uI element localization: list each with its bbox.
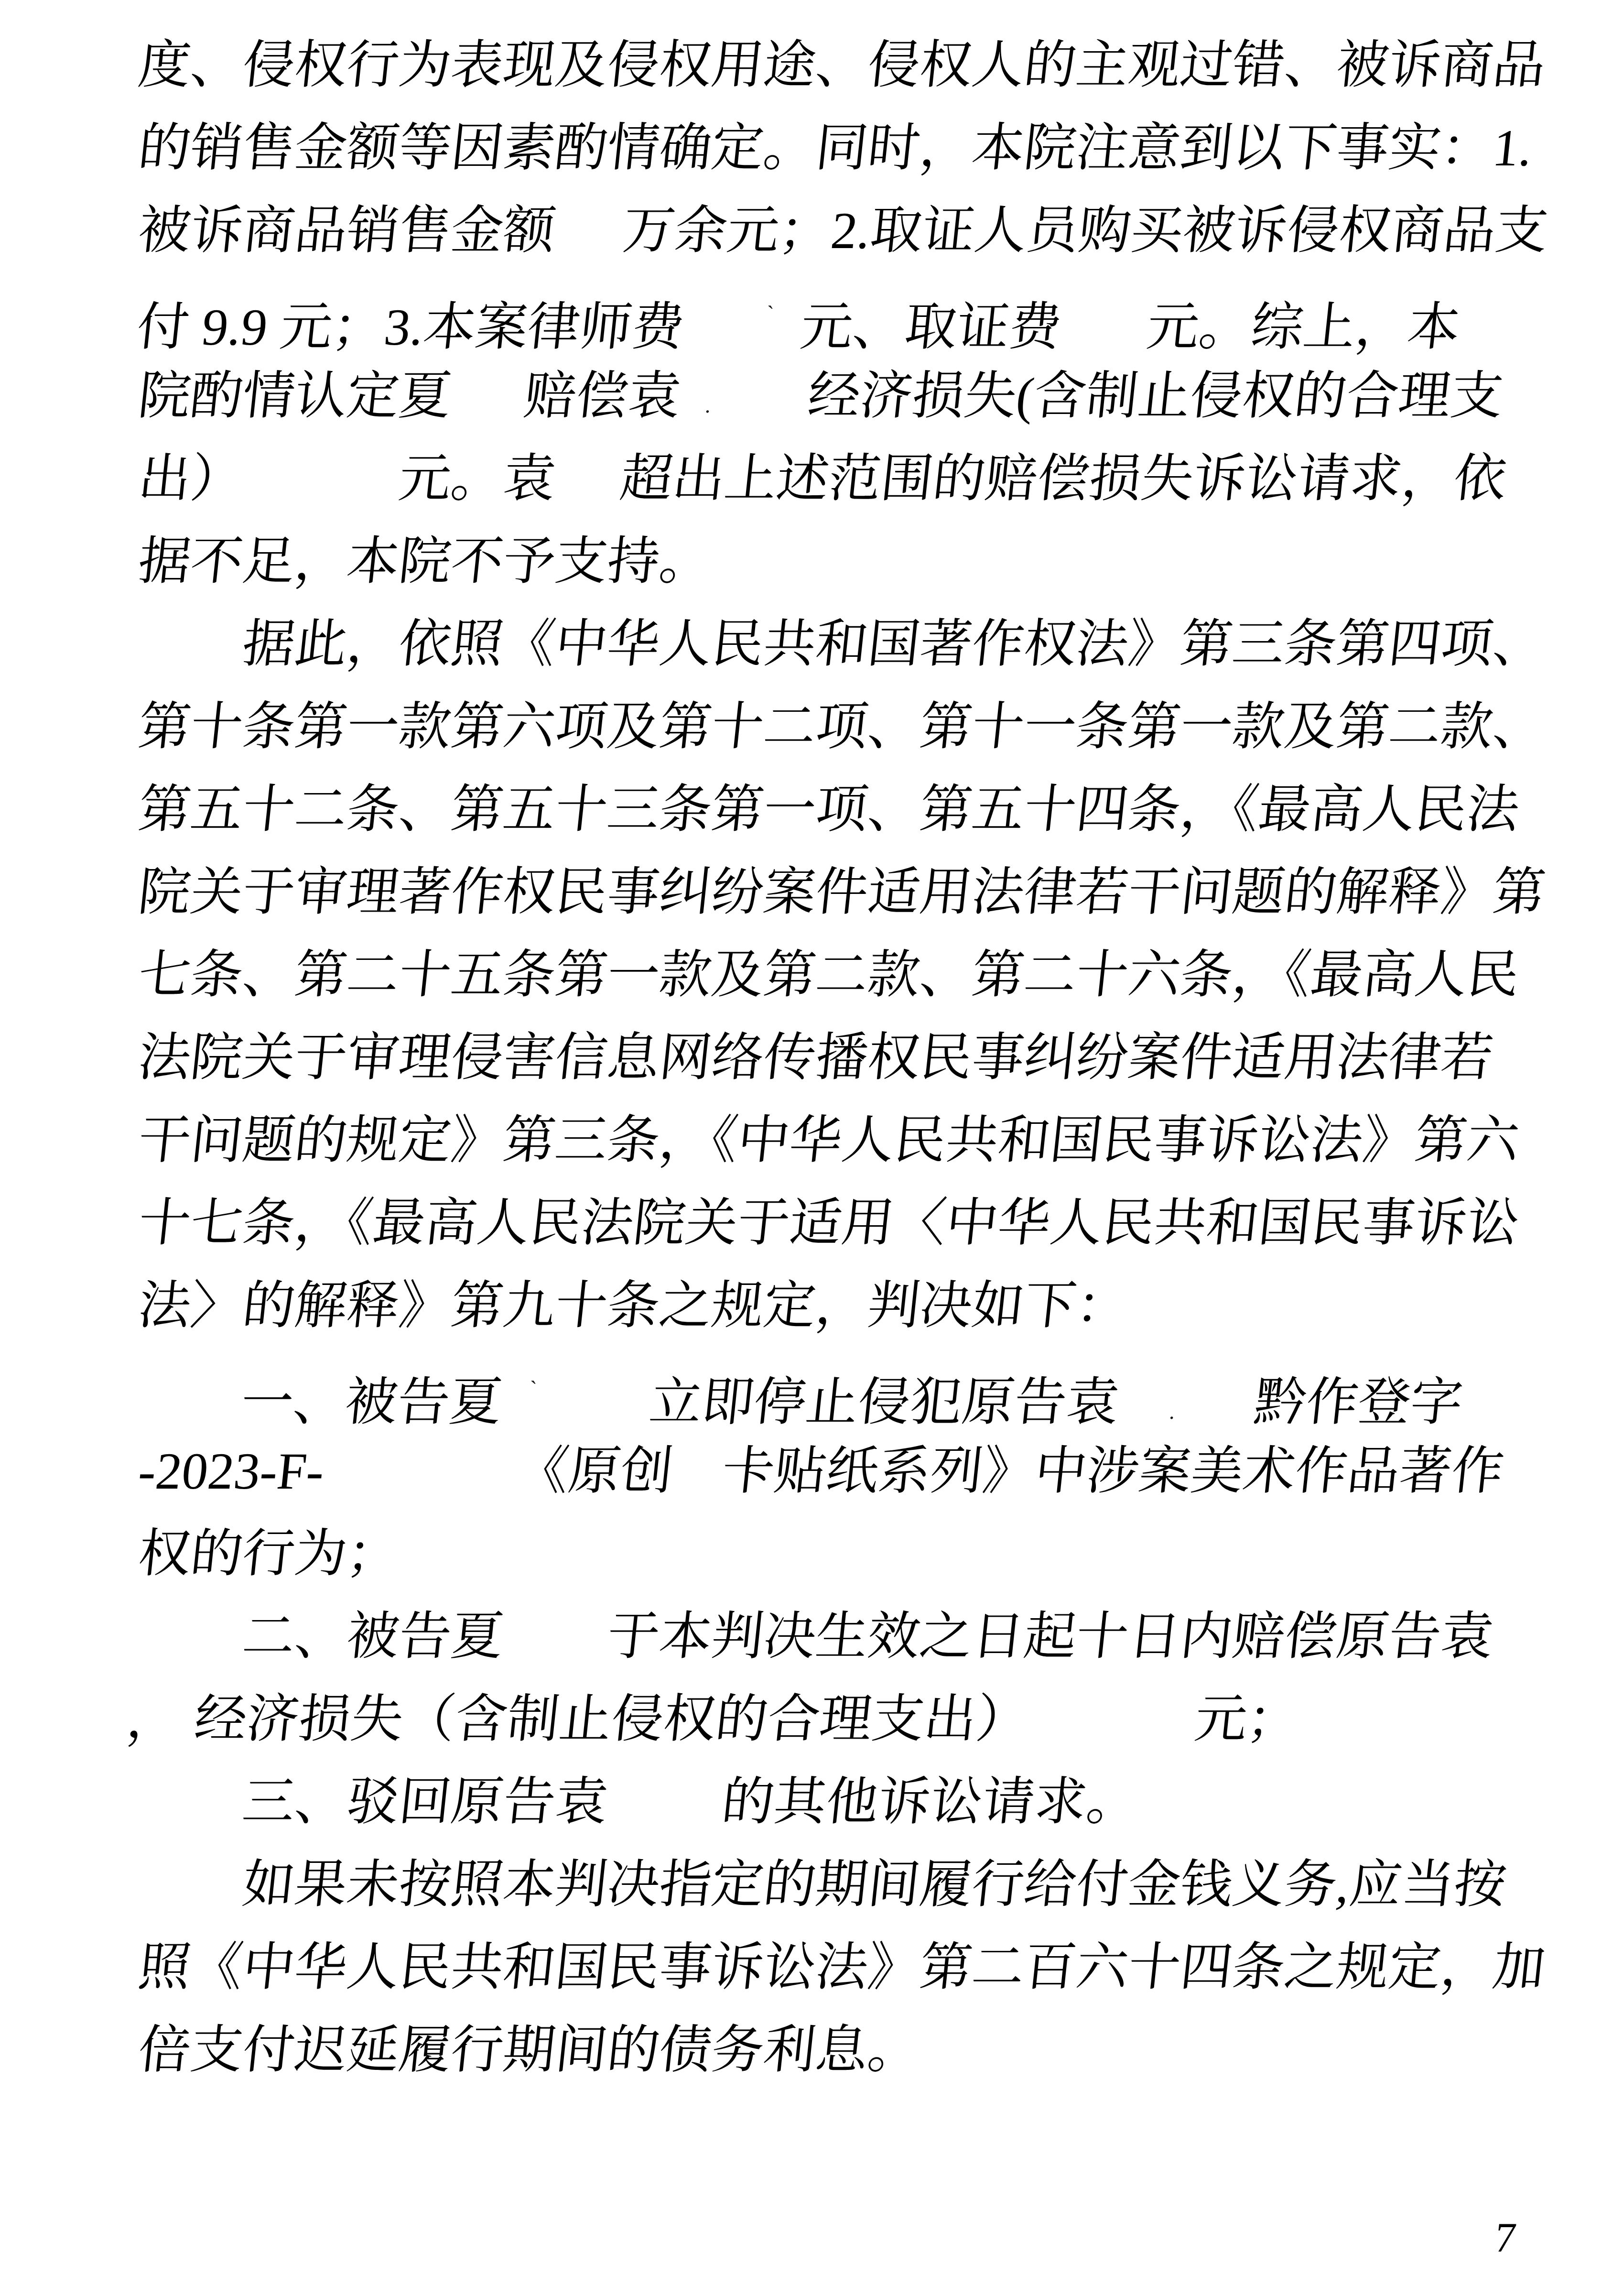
text-segment: 元、取证费 bbox=[798, 298, 1064, 356]
redaction-gap bbox=[322, 1488, 515, 1489]
redaction-gap bbox=[679, 413, 705, 413]
text-segment: 干问题的规定》第三条，《中华人民共和国民事诉讼法》第六 bbox=[136, 1111, 1522, 1169]
text-segment: 据不足，本院不予支持。 bbox=[136, 533, 715, 590]
text-segment: 出） bbox=[136, 450, 246, 508]
text-line: 第十条第一款第六项及第十二项、第十一条第一款及第二款、 bbox=[134, 686, 1623, 768]
text-line: 被诉商品销售金额万余元；2.取证人员购买被诉侵权商品支 bbox=[134, 189, 1623, 272]
text-segment: 《原创 bbox=[513, 1442, 676, 1500]
text-segment: 三、驳回原告袁 bbox=[240, 1773, 611, 1831]
text-line: 据此，依照《中华人民共和国著作权法》第三条第四项、 bbox=[238, 603, 1623, 686]
redaction-gap bbox=[501, 1654, 606, 1654]
text-line: 院酌情认定夏赔偿袁.经济损失(含制止侵权的合理支 bbox=[134, 355, 1623, 437]
text-segment: -2023-F- bbox=[136, 1442, 327, 1500]
redaction-gap bbox=[241, 496, 397, 496]
redaction-gap bbox=[1027, 1736, 1193, 1737]
text-segment: 院关于审理著作权民事纠纷案件适用法律若干问题的解释》第 bbox=[136, 863, 1548, 921]
redaction-remnant-mark: . bbox=[701, 364, 715, 446]
text-segment: 法〉的解释》第九十条之规定，判决如下： bbox=[136, 1277, 1132, 1335]
text-segment: 十七条，《最高人民法院关于适用〈中华人民共和国民事诉讼 bbox=[136, 1194, 1522, 1252]
document-body: 度、侵权行为表现及侵权用途、侵权人的主观过错、被诉商品的销售金额等因素酌情确定。… bbox=[139, 24, 1623, 2091]
redaction-gap bbox=[1060, 344, 1146, 345]
text-segment: 付 9.9 元；3.本案律师费 bbox=[134, 298, 687, 356]
text-segment: 立即停止侵犯原告袁 bbox=[647, 1373, 1122, 1431]
redaction-gap bbox=[682, 344, 763, 345]
text-line: 据不足，本院不予支持。 bbox=[134, 520, 1623, 603]
text-segment: 元。袁 bbox=[396, 450, 559, 508]
text-line: -2023-F-《原创卡贴纸系列》中涉案美术作品著作 bbox=[134, 1430, 1623, 1513]
text-line: 权的行为； bbox=[134, 1513, 1623, 1595]
text-line: 三、驳回原告袁的其他诉讼请求。 bbox=[238, 1761, 1623, 1843]
text-line: 照《中华人民共和国民事诉讼法》第二百六十四条之规定，加 bbox=[134, 1926, 1623, 2009]
text-line: 十七条，《最高人民法院关于适用〈中华人民共和国民事诉讼 bbox=[134, 1182, 1623, 1264]
text-segment: 黔作登字 bbox=[1251, 1373, 1466, 1431]
text-line: 的销售金额等因素酌情确定。同时，本院注意到以下事实：1. bbox=[134, 107, 1623, 189]
text-line: 倍支付迟延履行期间的债务利息。 bbox=[134, 2009, 1623, 2091]
page-number: 7 bbox=[1492, 2209, 1519, 2267]
text-segment: 法院关于审理侵害信息网络传播权民事纠纷案件适用法律若 bbox=[136, 1029, 1496, 1087]
text-segment: 卡贴纸系列》中涉案美术作品著作 bbox=[719, 1442, 1507, 1500]
text-segment: 度、侵权行为表现及侵权用途、侵权人的主观过错、被诉商品 bbox=[136, 36, 1548, 94]
text-segment: 据此，依照《中华人民共和国著作权法》第三条第四项、 bbox=[240, 615, 1548, 673]
text-segment: 赔偿袁 bbox=[521, 367, 683, 425]
text-segment: 如果未按照本判决指定的期间履行给付金钱义务,应当按 bbox=[240, 1856, 1509, 1914]
text-segment: 元； bbox=[1192, 1690, 1302, 1748]
text-segment: 第五十二条、第五十三条第一项、第五十四条，《最高人民法 bbox=[136, 781, 1522, 838]
text-line: 出）元。袁超出上述范围的赔偿损失诉讼请求，依 bbox=[134, 437, 1623, 520]
text-line: 二、被告夏于本判决生效之日起十日内赔偿原告袁 bbox=[238, 1595, 1623, 1678]
text-line: ，经济损失（含制止侵权的合理支出）元； bbox=[123, 1678, 1623, 1761]
text-segment: 七条、第二十五条第一款及第二款、第二十六条，《最高人民 bbox=[136, 946, 1522, 1004]
text-segment: 元。综上，本 bbox=[1144, 298, 1463, 356]
redaction-gap bbox=[500, 1419, 526, 1420]
scanned-judgment-page: { "document": { "lines": [ { "indent": 0… bbox=[0, 0, 1623, 2296]
text-line: 第五十二条、第五十三条第一项、第五十四条，《最高人民法 bbox=[134, 768, 1623, 851]
text-segment: 经济损失（含制止侵权的合理支出） bbox=[192, 1690, 1031, 1748]
redaction-gap bbox=[671, 1488, 721, 1489]
text-segment: 经济损失(含制止侵权的合理支 bbox=[805, 367, 1506, 425]
text-segment: ， bbox=[124, 1690, 183, 1748]
text-line: 度、侵权行为表现及侵权用途、侵权人的主观过错、被诉商品 bbox=[134, 24, 1623, 107]
redaction-gap bbox=[553, 496, 618, 496]
text-line: 如果未按照本判决指定的期间履行给付金钱义务,应当按 bbox=[238, 1843, 1623, 1926]
text-segment: 被诉商品销售金额 bbox=[136, 202, 559, 260]
text-line: 法院关于审理侵害信息网络传播权民事纠纷案件适用法律若 bbox=[134, 1016, 1623, 1099]
redaction-remnant-mark: ` bbox=[762, 272, 778, 355]
text-line: 法〉的解释》第九十条之规定，判决如下： bbox=[134, 1264, 1623, 1347]
text-segment: 一、被告夏 bbox=[238, 1373, 505, 1431]
text-segment: 超出上述范围的赔偿损失诉讼请求，依 bbox=[617, 450, 1509, 508]
text-segment: 的其他诉讼请求。 bbox=[719, 1773, 1142, 1831]
text-segment: 万余元；2.取证人员购买被诉侵权商品支 bbox=[620, 202, 1550, 260]
text-segment: 倍支付迟延履行期间的债务利息。 bbox=[136, 2021, 923, 2079]
text-segment: 院酌情认定夏 bbox=[136, 367, 454, 425]
redaction-gap bbox=[449, 413, 522, 413]
text-segment: 第十条第一款第六项及第十二项、第十一条第一款及第二款、 bbox=[136, 698, 1548, 756]
text-line: 干问题的规定》第三条，《中华人民共和国民事诉讼法》第六 bbox=[134, 1099, 1623, 1182]
text-segment: 权的行为； bbox=[136, 1525, 402, 1583]
text-segment: 二、被告夏 bbox=[240, 1608, 507, 1665]
text-line: 院关于审理著作权民事纠纷案件适用法律若干问题的解释》第 bbox=[134, 851, 1623, 934]
redaction-gap bbox=[177, 1736, 193, 1737]
text-segment: 于本判决生效之日起十日内赔偿原告袁 bbox=[605, 1608, 1496, 1665]
redaction-gap bbox=[710, 413, 807, 413]
redaction-gap bbox=[533, 1419, 648, 1420]
text-segment: 照《中华人民共和国民事诉讼法》第二百六十四条之规定，加 bbox=[136, 1938, 1548, 1996]
text-line: 付 9.9 元；3.本案律师费`元、取证费元。综上，本 bbox=[134, 272, 1623, 355]
text-line: 一、被告夏`立即停止侵犯原告袁.黔作登字 bbox=[238, 1347, 1623, 1430]
text-segment: 的销售金额等因素酌情确定。同时，本院注意到以下事实：1. bbox=[136, 119, 1535, 177]
redaction-gap bbox=[770, 344, 799, 345]
redaction-gap bbox=[606, 1819, 720, 1819]
text-line: 七条、第二十五条第一款及第二款、第二十六条，《最高人民 bbox=[134, 934, 1623, 1016]
redaction-gap bbox=[1174, 1419, 1253, 1420]
redaction-remnant-mark: ` bbox=[525, 1347, 541, 1430]
redaction-gap bbox=[1117, 1419, 1169, 1420]
redaction-gap bbox=[553, 248, 621, 248]
